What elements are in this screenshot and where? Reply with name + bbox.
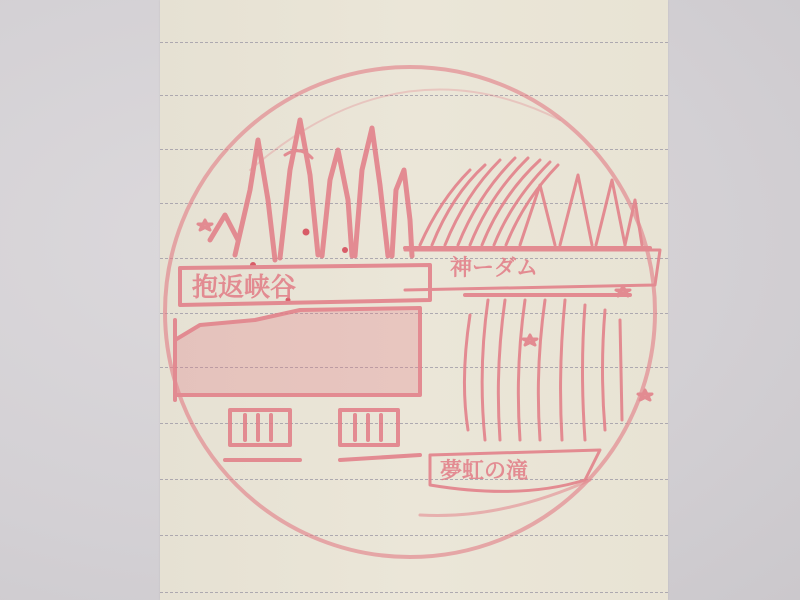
- waterfall-label: 夢虹の滝: [440, 458, 528, 484]
- forest-icon: [405, 158, 650, 248]
- dam-icon: [175, 308, 420, 400]
- gorge-label: 抱返峡谷: [192, 272, 296, 303]
- cliffs-icon: [210, 120, 412, 260]
- stamp-impression: 抱返峡谷 神ーダム 夢虹の滝: [0, 0, 800, 600]
- waterfall-icon: [464, 295, 630, 440]
- dam-label: 神ーダム: [450, 255, 538, 281]
- gate-icon: [225, 410, 420, 460]
